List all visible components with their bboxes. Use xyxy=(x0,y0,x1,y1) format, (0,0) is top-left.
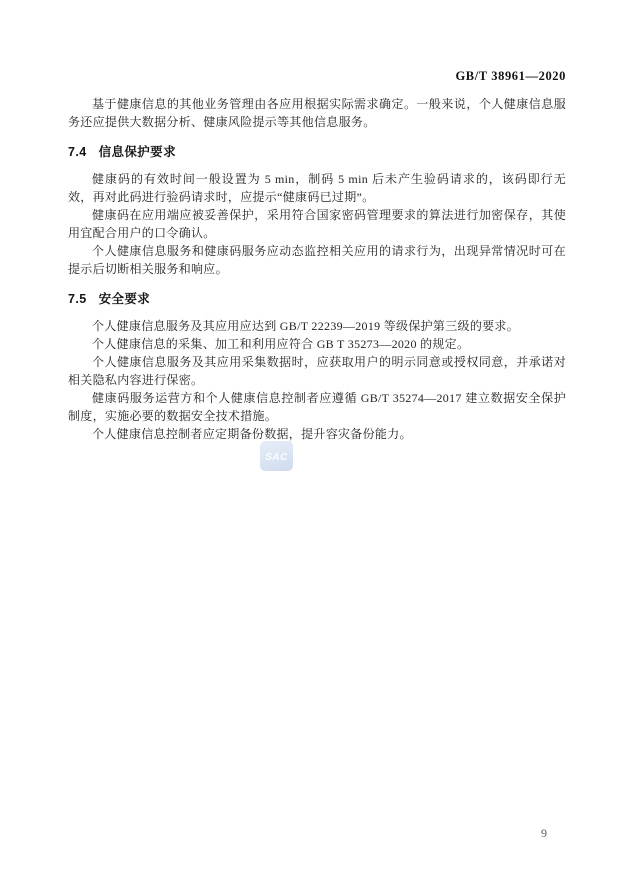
watermark-label: SAC xyxy=(265,452,288,463)
page-number: 9 xyxy=(541,826,547,841)
body-paragraph: 个人健康信息的采集、加工和利用应符合 GB T 35273—2020 的规定。 xyxy=(68,335,566,353)
section-title: 安全要求 xyxy=(99,292,151,306)
section-title: 信息保护要求 xyxy=(99,145,176,159)
section-heading-7-5: 7.5安全要求 xyxy=(68,289,566,309)
body-paragraph: 个人健康信息服务及其应用采集数据时，应获取用户的明示同意或授权同意，并承诺对相关… xyxy=(68,353,566,389)
body-paragraph: 个人健康信息服务及其应用应达到 GB/T 22239—2019 等级保护第三级的… xyxy=(68,317,566,335)
document-page: GB/T 38961—2020 基于健康信息的其他业务管理由各应用根据实际需求确… xyxy=(0,0,628,896)
page-content: 基于健康信息的其他业务管理由各应用根据实际需求确定。一般来说，个人健康信息服务还… xyxy=(68,95,566,443)
section-number: 7.5 xyxy=(68,292,87,306)
body-paragraph: 健康码的有效时间一般设置为 5 min，制码 5 min 后未产生验码请求的，该… xyxy=(68,170,566,206)
sac-watermark-logo: SAC xyxy=(260,441,293,471)
section-heading-7-4: 7.4信息保护要求 xyxy=(68,142,566,162)
standard-code-header: GB/T 38961—2020 xyxy=(455,69,566,84)
body-paragraph: 健康码服务运营方和个人健康信息控制者应遵循 GB/T 35274—2017 建立… xyxy=(68,389,566,425)
body-paragraph: 个人健康信息控制者应定期备份数据，提升容灾备份能力。 xyxy=(68,425,566,443)
intro-paragraph: 基于健康信息的其他业务管理由各应用根据实际需求确定。一般来说，个人健康信息服务还… xyxy=(68,95,566,131)
section-number: 7.4 xyxy=(68,145,87,159)
body-paragraph: 个人健康信息服务和健康码服务应动态监控相关应用的请求行为，出现异常情况时可在提示… xyxy=(68,242,566,278)
body-paragraph: 健康码在应用端应被妥善保护，采用符合国家密码管理要求的算法进行加密保存，其使用宜… xyxy=(68,206,566,242)
